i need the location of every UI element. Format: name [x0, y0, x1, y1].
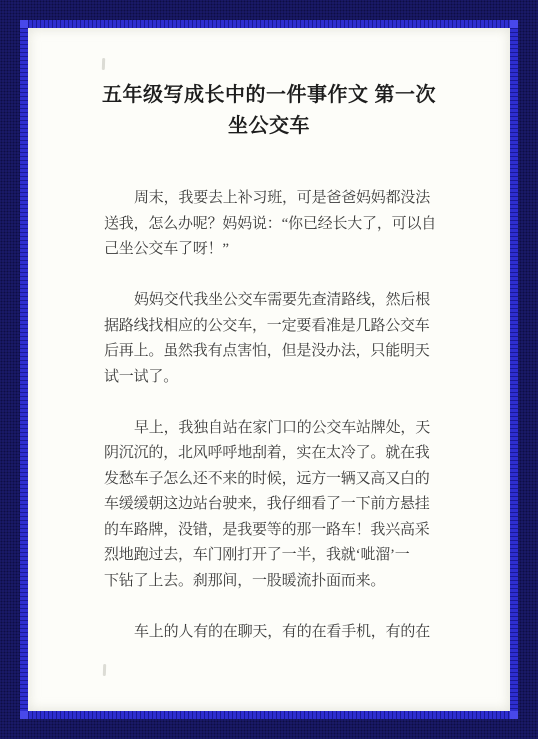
essay-paragraph: 周末，我要去上补习班，可是爸爸妈妈都没法 送我，怎么办呢？妈妈说：“你已经长大了… [104, 186, 440, 263]
essay-line: 的车路牌，没错，是我要等的那一路车！我兴高采 [104, 518, 440, 544]
essay-line: 试一试了。 [104, 365, 440, 391]
essay-line: 据路线找相应的公交车，一定要看准是几路公交车 [104, 314, 440, 340]
essay-body: 周末，我要去上补习班，可是爸爸妈妈都没法 送我，怎么办呢？妈妈说：“你已经长大了… [104, 186, 440, 645]
essay-line: 后再上。虽然我有点害怕，但是没办法，只能明天 [104, 339, 440, 365]
decorative-frame-right-edge [510, 20, 518, 719]
essay-line: 下钻了上去。刹那间，一股暖流扑面而来。 [104, 569, 440, 595]
essay-line: 己坐公交车了呀！” [104, 237, 440, 263]
frame-corner-bottom-left [20, 711, 28, 719]
essay-title-line: 坐公交车 [38, 111, 500, 142]
essay-line: 发愁车子怎么还不来的时候，远方一辆又高又白的 [104, 467, 440, 493]
essay-line: 烈地跑过去，车门刚打开了一半，我就‘呲溜’一 [104, 543, 440, 569]
essay-line: 妈妈交代我坐公交车需要先查清路线，然后根 [104, 288, 440, 314]
essay-line: 车缓缓朝这边站台驶来，我仔细看了一下前方悬挂 [104, 492, 440, 518]
page-background: 五年级写成长中的一件事作文 第一次 坐公交车 周末，我要去上补习班，可是爸爸妈妈… [0, 0, 538, 739]
essay-paragraph: 早上，我独自站在家门口的公交车站牌处，天 阴沉沉的，北风呼呼地刮着，实在太冷了。… [104, 416, 440, 595]
essay-paragraph: 妈妈交代我坐公交车需要先查清路线，然后根 据路线找相应的公交车，一定要看准是几路… [104, 288, 440, 390]
frame-corner-bottom-right [510, 711, 518, 719]
essay-line: 车上的人有的在聊天，有的在看手机，有的在 [104, 620, 440, 646]
scan-artifact [103, 664, 106, 676]
frame-corner-top-left [20, 20, 28, 28]
essay-title: 五年级写成长中的一件事作文 第一次 坐公交车 [38, 80, 500, 142]
decorative-frame-left-edge [20, 20, 28, 719]
essay-title-line: 五年级写成长中的一件事作文 第一次 [38, 80, 500, 111]
essay-line: 送我，怎么办呢？妈妈说：“你已经长大了，可以自 [104, 212, 440, 238]
frame-corner-top-right [510, 20, 518, 28]
scan-artifact [102, 58, 105, 70]
essay-line: 早上，我独自站在家门口的公交车站牌处，天 [104, 416, 440, 442]
essay-line: 阴沉沉的，北风呼呼地刮着，实在太冷了。就在我 [104, 441, 440, 467]
essay-line: 周末，我要去上补习班，可是爸爸妈妈都没法 [104, 186, 440, 212]
essay-paragraph: 车上的人有的在聊天，有的在看手机，有的在 [104, 620, 440, 646]
essay-page: 五年级写成长中的一件事作文 第一次 坐公交车 周末，我要去上补习班，可是爸爸妈妈… [28, 28, 510, 711]
